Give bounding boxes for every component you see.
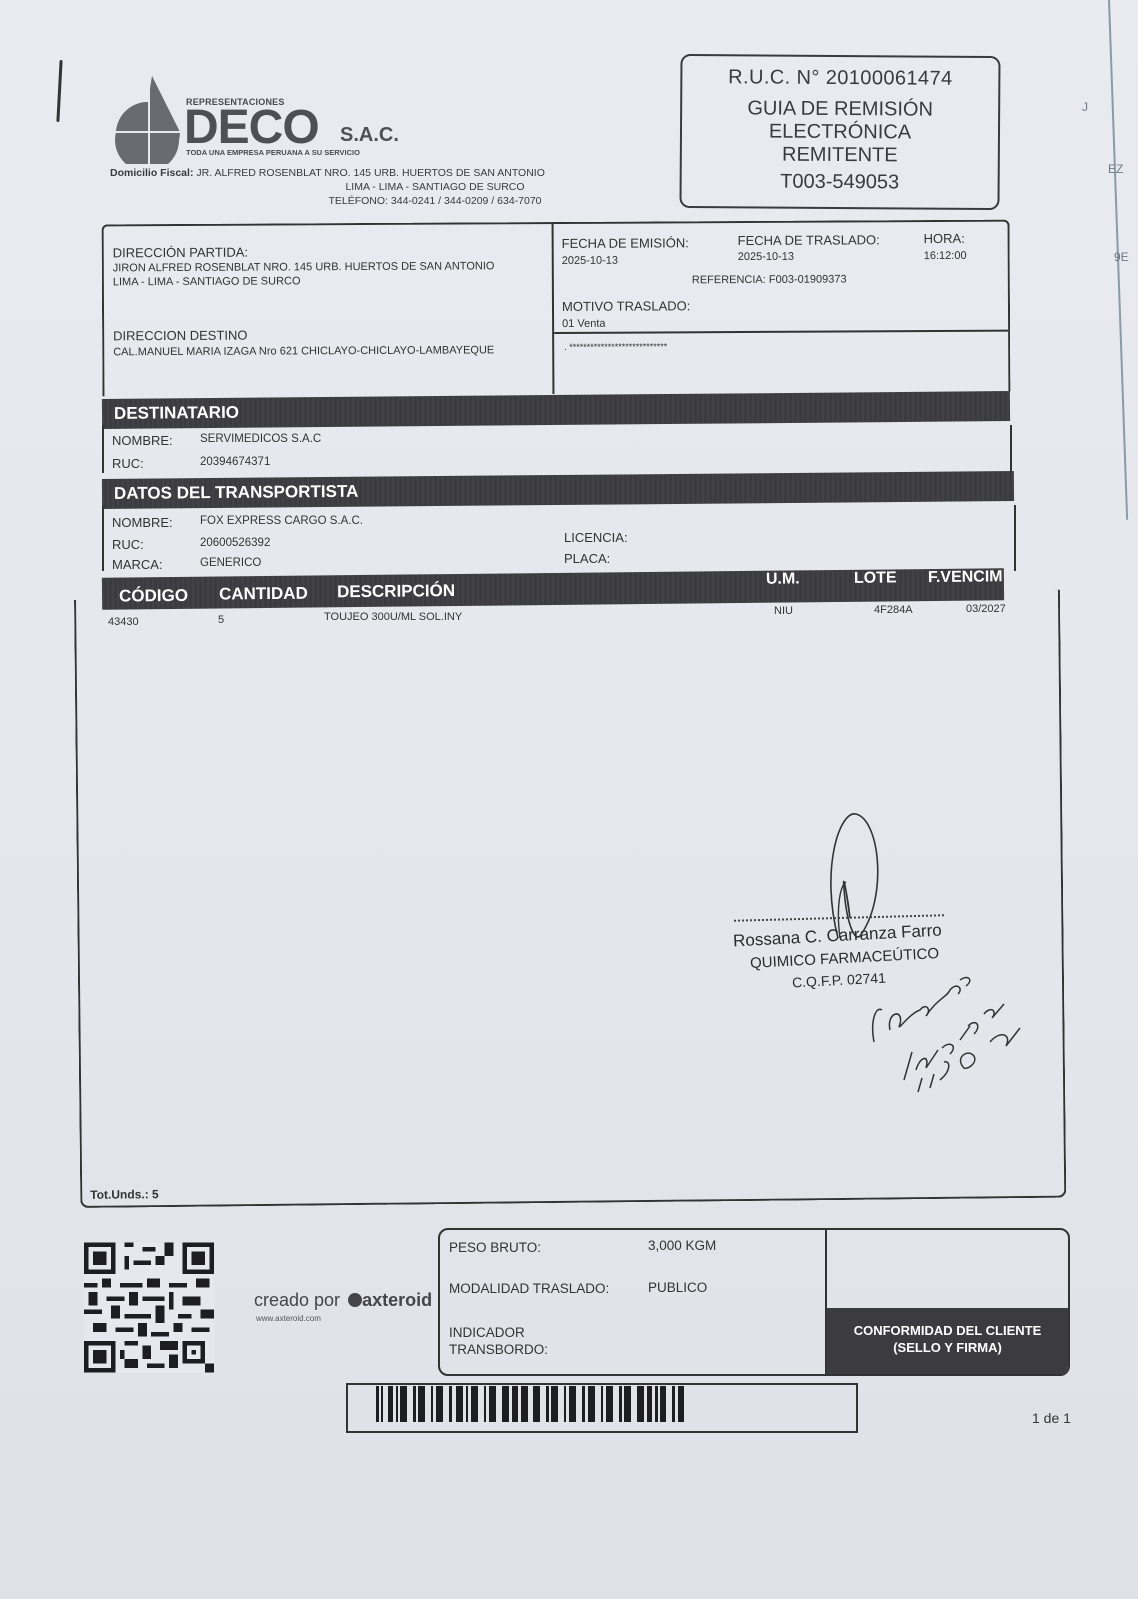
barcode — [376, 1386, 816, 1422]
ruc-number: R.U.C. N° 20100061474 — [682, 66, 998, 91]
fiscal-label: Domicilio Fiscal: — [110, 167, 193, 179]
doc-title-line-1: GUIA DE REMISIÓN — [682, 97, 998, 122]
conformity-line-1: CONFORMIDAD DEL CLIENTE — [827, 1322, 1068, 1339]
emision-label: FECHA DE EMISIÓN: — [562, 235, 689, 251]
indicador-label-1: INDICADOR — [449, 1325, 525, 1340]
placa-label: PLACA: — [564, 551, 610, 566]
destinatario-header: DESTINATARIO — [102, 391, 1010, 429]
destino-label: DIRECCION DESTINO — [113, 328, 247, 344]
partida-line-2: LIMA - LIMA - SANTIAGO DE SURCO — [113, 275, 301, 288]
conformity-line-2: (SELLO Y FIRMA) — [827, 1339, 1068, 1356]
destino-address: CAL.MANUEL MARIA IZAGA Nro 621 CHICLAYO-… — [113, 344, 494, 358]
peso-label: PESO BRUTO: — [449, 1240, 541, 1255]
page-number: 1 de 1 — [1032, 1410, 1071, 1426]
axteroid-logo-icon — [348, 1293, 362, 1307]
indicador-label-2: TRANSBORDO: — [449, 1342, 548, 1357]
side-mark: J — [1082, 100, 1088, 114]
document-number: T003-549053 — [682, 170, 998, 195]
created-by-brand: axteroid — [362, 1290, 432, 1310]
row-divider — [554, 330, 1008, 334]
created-by: creado por axteroid — [254, 1290, 432, 1311]
referencia: REFERENCIA: F003-01909373 — [692, 273, 847, 286]
trans-ruc-label: RUC: — [112, 537, 144, 552]
doc-title-line-2: ELECTRÓNICA — [682, 120, 998, 145]
col-um: U.M. — [766, 564, 800, 594]
doc-title-line-3: REMITENTE — [682, 143, 998, 168]
created-by-url[interactable]: www.axteroid.com — [256, 1314, 321, 1323]
destinatario-box: NOMBRE: SERVIMEDICOS S.A.C RUC: 20394674… — [102, 425, 1012, 473]
partida-line-1: JIRON ALFRED ROSENBLAT NRO. 145 URB. HUE… — [113, 260, 495, 274]
fiscal-address: Domicilio Fiscal: JR. ALFRED ROSENBLAT N… — [110, 166, 610, 208]
emision-date: 2025-10-13 — [562, 255, 618, 267]
trans-marca: GENERICO — [200, 557, 261, 569]
client-conformity-box: CONFORMIDAD DEL CLIENTE (SELLO Y FIRMA) — [827, 1308, 1068, 1374]
hora-label: HORA: — [924, 231, 965, 246]
motivo-label: MOTIVO TRASLADO: — [562, 298, 690, 314]
items-body: Tot.Unds.: 5 — [74, 590, 1066, 1208]
dest-ruc-label: RUC: — [112, 456, 144, 471]
traslado-label: FECHA DE TRASLADO: — [738, 232, 880, 248]
handwritten-note — [860, 930, 1050, 1100]
trans-ruc: 20600526392 — [200, 537, 270, 549]
created-by-label: creado por — [254, 1290, 340, 1310]
dest-ruc: 20394674371 — [200, 456, 270, 468]
document-id-box: R.U.C. N° 20100061474 GUIA DE REMISIÓN E… — [679, 54, 1000, 210]
licencia-label: LICENCIA: — [564, 530, 628, 545]
transportista-header: DATOS DEL TRANSPORTISTA — [102, 471, 1014, 509]
trans-nombre: FOX EXPRESS CARGO S.A.C. — [200, 515, 363, 527]
fiscal-line-1: JR. ALFRED ROSENBLAT NRO. 145 URB. HUERT… — [196, 167, 545, 179]
trans-nombre-label: NOMBRE: — [112, 515, 173, 530]
dest-nombre-label: NOMBRE: — [112, 433, 173, 448]
modalidad-label: MODALIDAD TRASLADO: — [449, 1281, 609, 1296]
motivo-value: 01 Venta — [562, 318, 605, 330]
qr-code — [84, 1240, 214, 1375]
side-mark: EZ — [1108, 162, 1123, 176]
shipment-summary: PESO BRUTO: 3,000 KGM MODALIDAD TRASLADO… — [438, 1228, 1070, 1376]
brand-tagline: TODA UNA EMPRESA PERUANA A SU SERVICIO — [186, 148, 360, 157]
transportista-box: NOMBRE: FOX EXPRESS CARGO S.A.C. RUC: 20… — [102, 505, 1016, 571]
pen-mark — [56, 60, 62, 122]
peso-value: 3,000 KGM — [648, 1238, 716, 1253]
total-units: Tot.Unds.: 5 — [90, 1187, 159, 1202]
col-vencim: F.VENCIM — [928, 562, 1003, 593]
doc-title: GUIA DE REMISIÓN ELECTRÓNICA REMITENTE — [682, 97, 998, 168]
modalidad-value: PUBLICO — [648, 1280, 707, 1295]
water-drop-cross-icon — [112, 74, 184, 164]
dest-nombre: SERVIMEDICOS S.A.C — [200, 433, 321, 445]
brand-suffix: S.A.C. — [340, 124, 399, 147]
side-mark: 9E — [1114, 250, 1129, 264]
partida-label: DIRECCIÓN PARTIDA: — [113, 245, 248, 261]
shipment-info-frame: DIRECCIÓN PARTIDA: JIRON ALFRED ROSENBLA… — [102, 220, 1011, 397]
phone: TELÉFONO: 344-0241 / 344-0209 / 634-7070 — [110, 194, 610, 208]
col-lote: LOTE — [854, 563, 897, 593]
brand-name: DECO — [184, 104, 319, 152]
traslado-date: 2025-10-13 — [738, 251, 794, 263]
fiscal-line-2: LIMA - LIMA - SANTIAGO DE SURCO — [110, 180, 610, 194]
column-divider — [552, 224, 555, 394]
extra-field: . **************************** — [564, 341, 667, 352]
trans-marca-label: MARCA: — [112, 557, 163, 572]
hora-value: 16:12:00 — [924, 250, 967, 262]
